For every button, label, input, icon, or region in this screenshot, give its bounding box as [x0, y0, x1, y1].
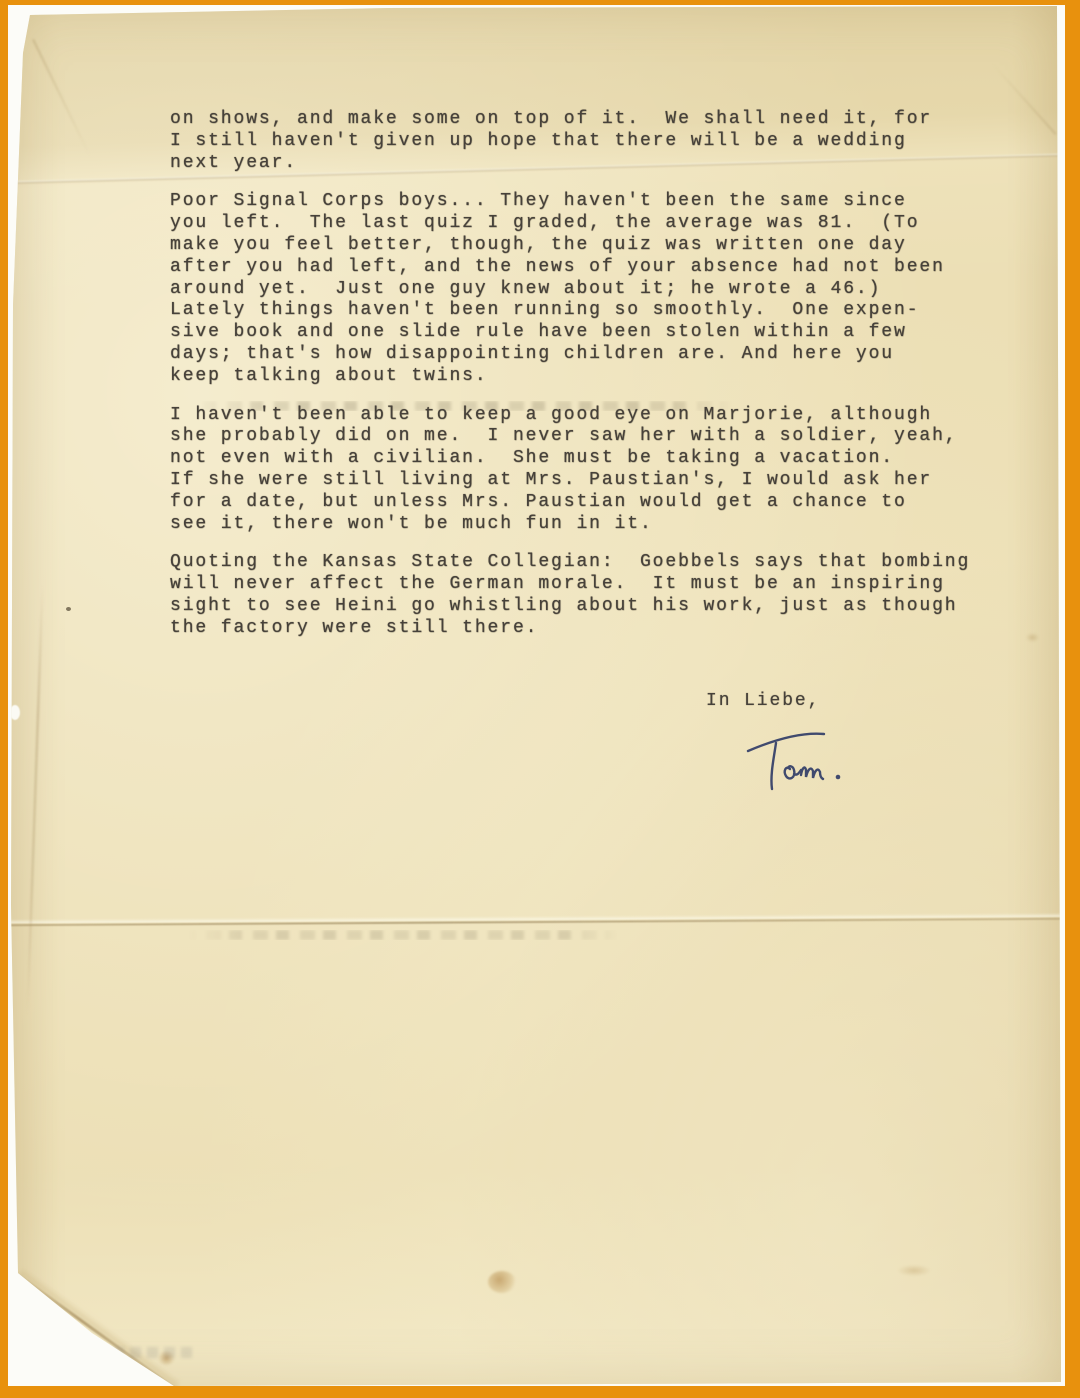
torn-edge-shading	[19, 1267, 181, 1386]
fold-line-middle	[8, 918, 1065, 927]
age-spot	[488, 1271, 516, 1293]
paper-edge-notch	[10, 705, 20, 720]
crease-line-top-left	[32, 39, 91, 157]
ink-bleed-through-below-fold	[188, 930, 618, 940]
letter-body: on shows, and make some on top of it. We…	[170, 109, 1000, 657]
letter-paragraph: Poor Signal Corps boys... They haven't b…	[170, 191, 1000, 387]
scan-background: on shows, and make some on top of it. We…	[8, 5, 1065, 1386]
letter-closing: In Liebe,	[706, 691, 820, 711]
letter-paper: on shows, and make some on top of it. We…	[8, 5, 1065, 1386]
fold-highlight	[8, 913, 1065, 924]
letter-paragraph: Quoting the Kansas State Collegian: Goeb…	[170, 552, 1000, 639]
crease-line-top-right	[992, 63, 1057, 135]
torn-edge-line	[16, 1273, 175, 1386]
ink-speck	[66, 607, 71, 611]
signature-handwritten	[736, 717, 876, 807]
signature-tom-strokes	[736, 717, 876, 807]
crease-line-left	[26, 585, 43, 1015]
scanned-letter-page: { "frame": { "color": "#E8910D" }, "pape…	[0, 0, 1080, 1398]
age-spot	[898, 1265, 930, 1276]
letter-paragraph: on shows, and make some on top of it. We…	[170, 109, 1000, 174]
letter-paragraph: I haven't been able to keep a good eye o…	[170, 405, 1000, 536]
age-spot	[1026, 633, 1039, 642]
faint-watermark	[28, 1347, 198, 1358]
